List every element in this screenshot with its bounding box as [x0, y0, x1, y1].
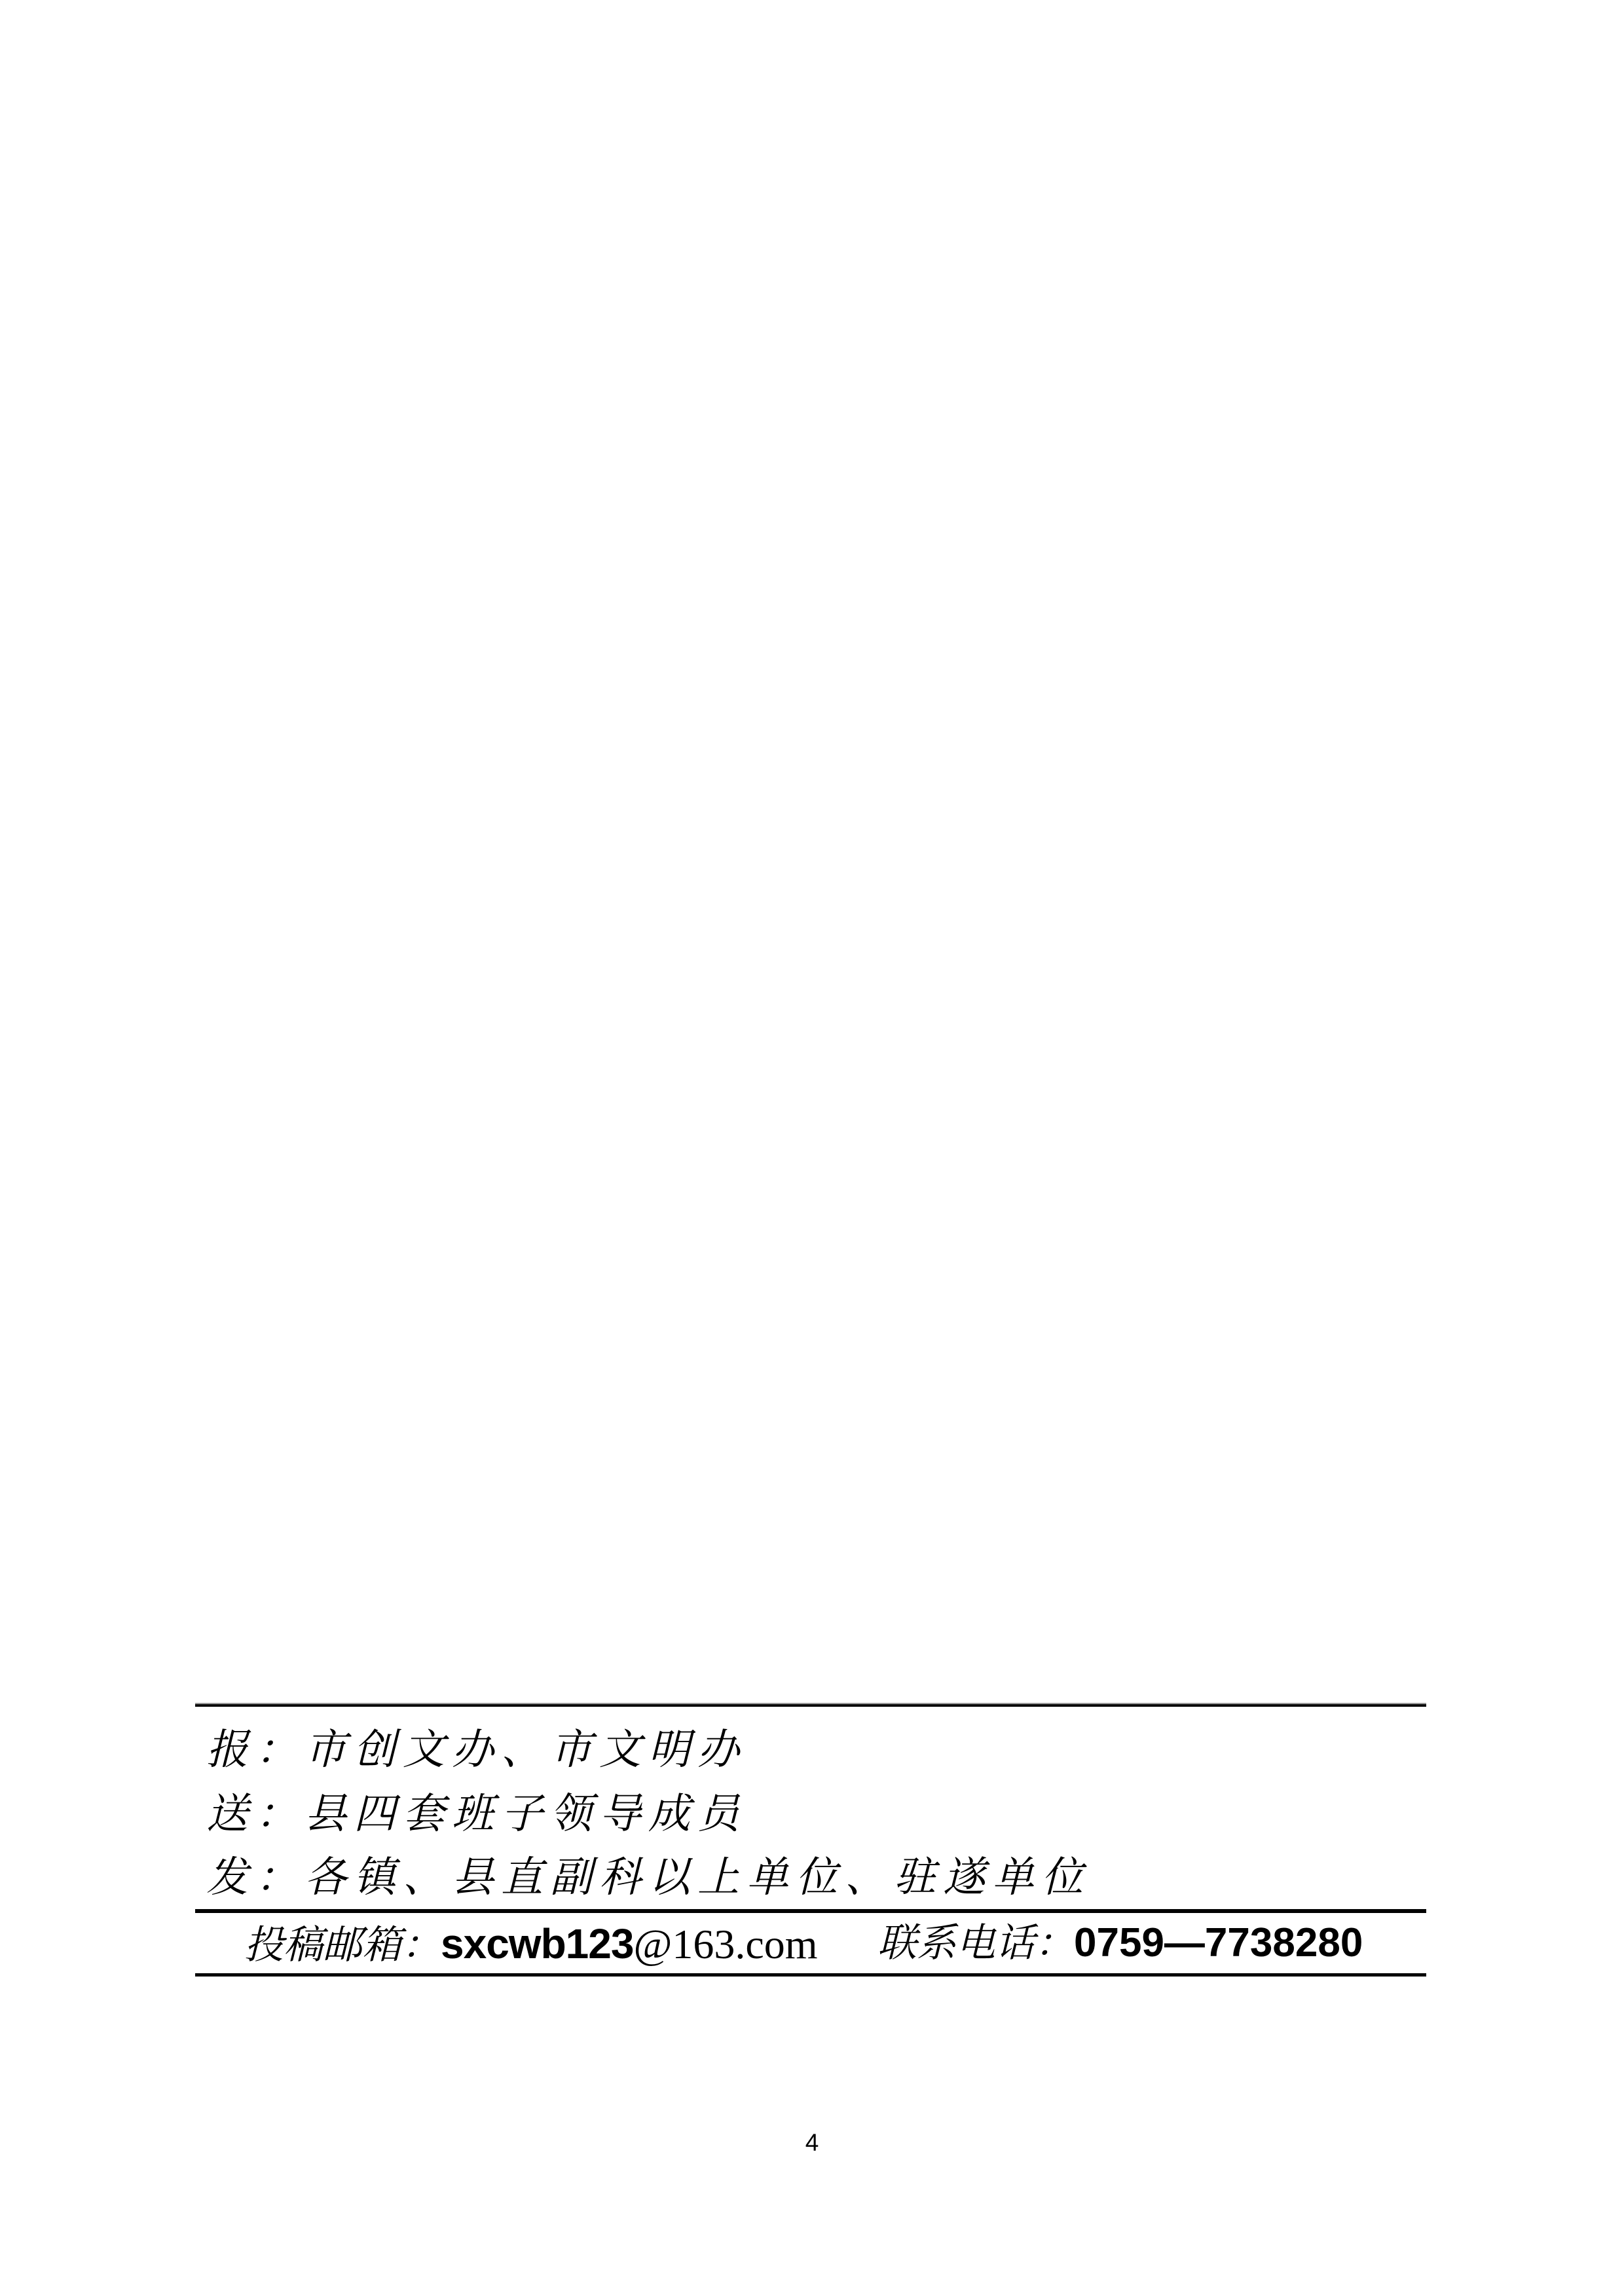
contact-phone-label: 联系电话： — [877, 1920, 1074, 1966]
submission-email-domain: @163.com — [633, 1921, 817, 1967]
submission-email-user: sxcwb123 — [441, 1920, 633, 1967]
divider-top — [195, 1703, 1426, 1707]
distribution-send-line: 送：县四套班子领导成员 — [206, 1793, 747, 1837]
submission-email-label: 投稿邮箱： — [244, 1922, 441, 1968]
distribution-issue-line: 发：各镇、县直副科以上单位、驻遂单位 — [206, 1856, 1090, 1901]
divider-middle — [195, 1909, 1426, 1913]
distribution-report-line: 报：市创文办、市文明办 — [206, 1728, 747, 1773]
submission-email: 投稿邮箱：sxcwb123@163.com — [244, 1921, 818, 1967]
page-number: 4 — [0, 2129, 1624, 2157]
divider-bottom — [195, 1973, 1426, 1977]
contact-phone-number: 0759—7738280 — [1074, 1920, 1363, 1965]
contact-phone: 联系电话：0759—7738280 — [877, 1921, 1363, 1965]
document-page: 报：市创文办、市文明办 送：县四套班子领导成员 发：各镇、县直副科以上单位、驻遂… — [0, 0, 1624, 2296]
